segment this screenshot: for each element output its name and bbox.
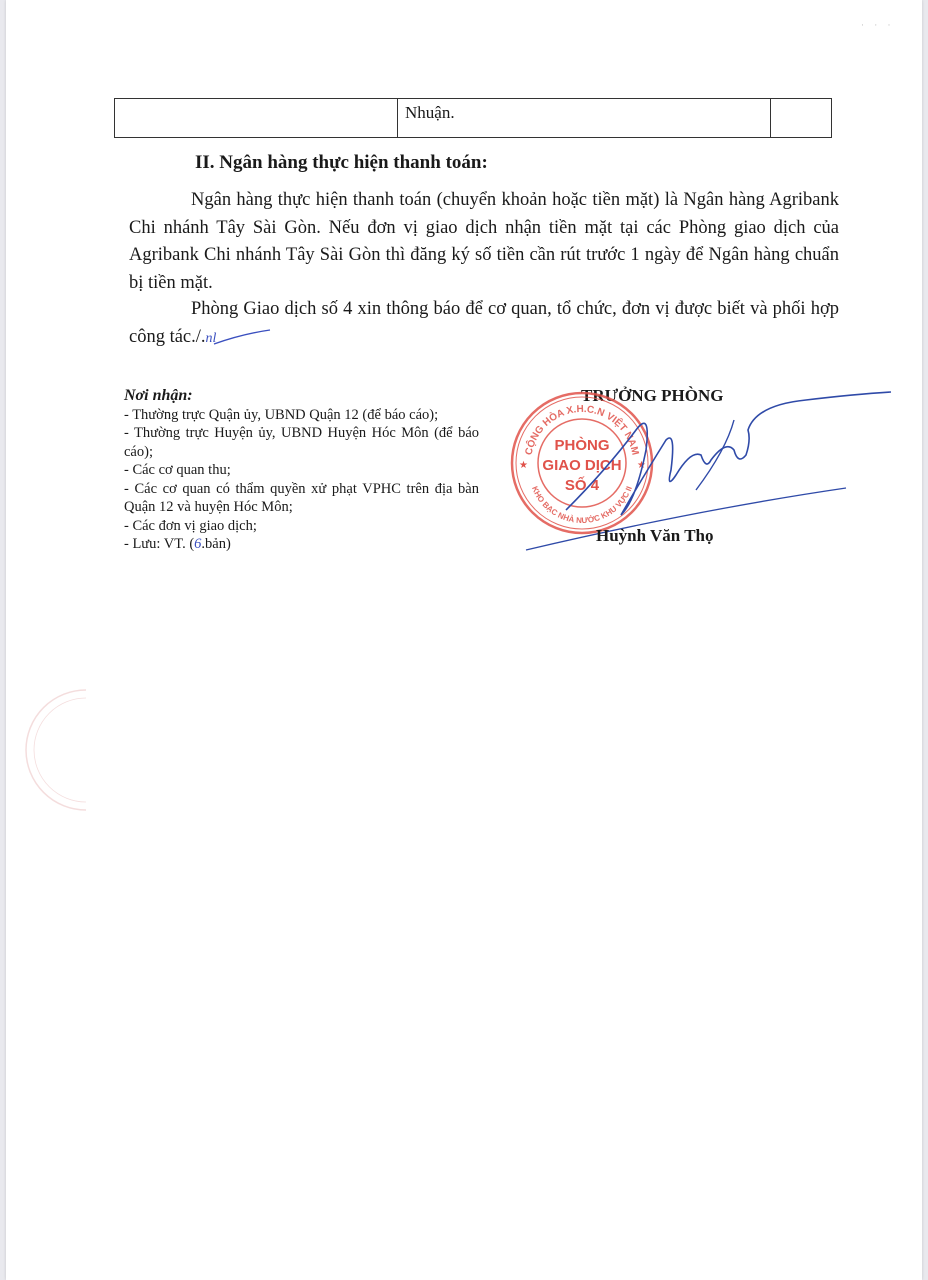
recipients-title: Nơi nhận: (124, 387, 479, 406)
table-cell-empty (115, 99, 398, 137)
document-page: · · · Nhuận. II. Ngân hàng thực hiện tha… (6, 0, 922, 1280)
paragraph-payment-bank: Ngân hàng thực hiện thanh toán (chuyển k… (129, 187, 839, 297)
recipient-item: - Các đơn vị giao dịch; (124, 517, 479, 536)
recipients-list: Nơi nhận: - Thường trực Quận ủy, UBND Qu… (124, 387, 479, 554)
corner-marks: · · · (861, 20, 895, 30)
table-fragment: Nhuận. (114, 98, 832, 138)
paragraph-1-text: Ngân hàng thực hiện thanh toán (chuyển k… (129, 190, 839, 293)
recipient-item: - Các cơ quan có thẩm quyền xử phạt VPHC… (124, 480, 479, 517)
recipient-item: - Thường trực Quận ủy, UBND Quận 12 (để … (124, 406, 479, 425)
recipient-item: - Thường trực Huyện ủy, UBND Huyện Hóc M… (124, 424, 479, 461)
paragraph-closing: Phòng Giao dịch số 4 xin thông báo để cơ… (129, 296, 839, 352)
recipient-item-archive: - Lưu: VT. (6.bản) (124, 535, 479, 554)
signatory-name: Huỳnh Văn Thọ (596, 526, 714, 546)
initials-stroke-icon (212, 326, 272, 348)
section-heading: II. Ngân hàng thực hiện thanh toán: (195, 152, 488, 174)
faded-stamp-imprint-icon (16, 680, 86, 820)
recipient-item: - Các cơ quan thu; (124, 461, 479, 480)
table-cell-text: Nhuận. (397, 99, 771, 137)
